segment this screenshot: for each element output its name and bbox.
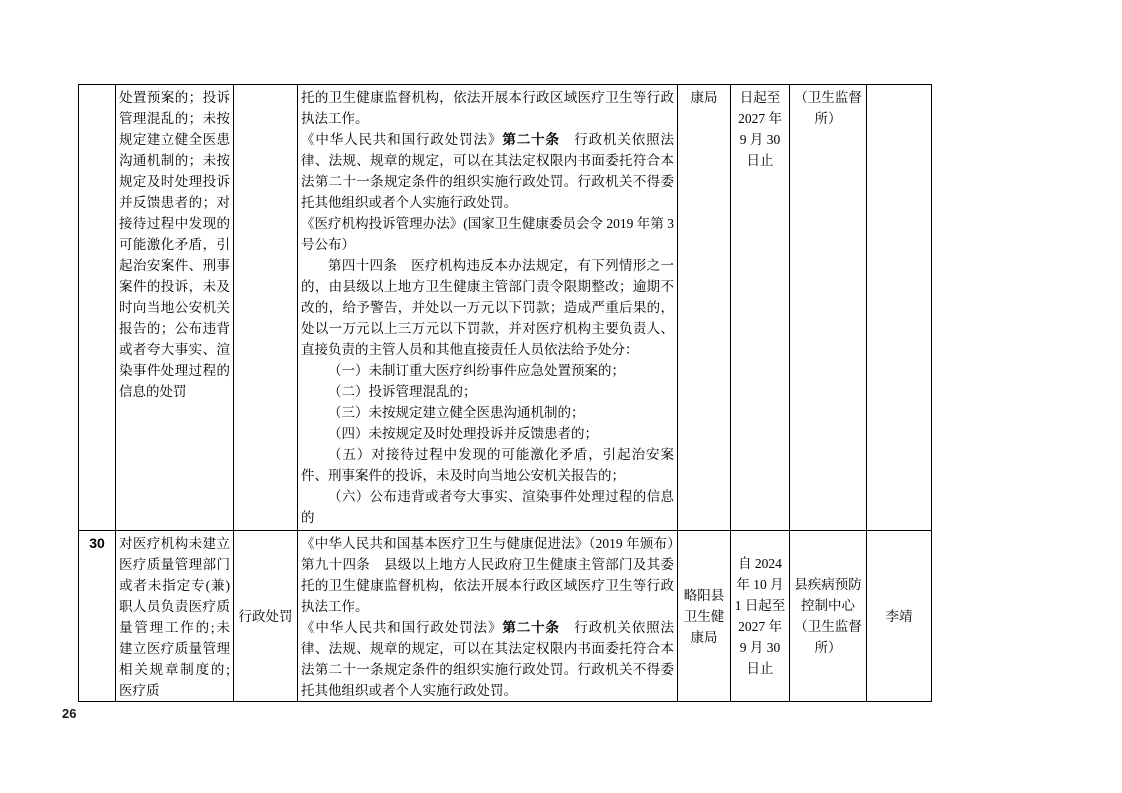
legal-paragraph: 托的卫生健康监督机构，依法开展本行政区域医疗卫生等行政执法工作。	[301, 87, 674, 129]
document-page: 处置预案的；投诉管理混乱的；未按规定建立健全医患沟通机制的；未按规定及时处理投诉…	[0, 0, 1122, 793]
legal-list-item: （二）投诉管理混乱的；	[301, 381, 674, 402]
penalty-type-cell	[234, 85, 298, 531]
law-title: 《中华人民共和国行政处罚法》	[301, 132, 502, 147]
legal-paragraph: 第四十四条 医疗机构违反本办法规定，有下列情形之一的，由县级以上地方卫生健康主管…	[301, 255, 674, 360]
penalty-type-cell: 行政处罚	[234, 531, 298, 701]
violation-description-cell: 处置预案的；投诉管理混乱的；未按规定建立健全医患沟通机制的；未按规定及时处理投诉…	[116, 85, 234, 531]
agency-cell: 略阳县卫生健康局	[678, 531, 731, 701]
seq-cell: 30	[79, 531, 116, 701]
violation-description-cell: 对医疗机构未建立医疗质量管理部门或者未指定专(兼)职人员负责医疗质量管理工作的;…	[116, 531, 234, 701]
article-number: 第二十条	[502, 620, 560, 635]
agency-cell: 康局	[678, 85, 731, 531]
violation-text: 处置预案的；投诉管理混乱的；未按规定建立健全医患沟通机制的；未按规定及时处理投诉…	[119, 87, 230, 402]
page-number: 26	[62, 706, 76, 721]
article-number: 第二十条	[502, 132, 560, 147]
legal-list-item: （五）对接待过程中发现的可能激化矛盾，引起治安案件、刑事案件的投诉，未及时向当地…	[301, 444, 674, 486]
legal-paragraph: 《医疗机构投诉管理办法》(国家卫生健康委员会令 2019 年第 3号公布）	[301, 213, 674, 255]
legal-list-item: （六）公布违背或者夸大事实、渲染事件处理过程的信息的	[301, 486, 674, 528]
implementing-org-cell: （卫生监督所）	[790, 85, 867, 531]
implementing-org-cell: 县疾病预防控制中心（卫生监督所）	[790, 531, 867, 701]
penalty-table: 处置预案的；投诉管理混乱的；未按规定建立健全医患沟通机制的；未按规定及时处理投诉…	[78, 84, 932, 702]
legal-paragraph: 《中华人民共和国行政处罚法》第二十条 行政机关依照法律、法规、规章的规定，可以在…	[301, 617, 674, 701]
violation-text: 对医疗机构未建立医疗质量管理部门或者未指定专(兼)职人员负责医疗质量管理工作的;…	[119, 533, 230, 701]
contact-person-cell	[867, 85, 931, 531]
legal-paragraph: 《中华人民共和国行政处罚法》第二十条 行政机关依照法律、法规、规章的规定，可以在…	[301, 129, 674, 213]
legal-paragraph: 《中华人民共和国基本医疗卫生与健康促进法》（2019 年颁布）第九十四条 县级以…	[301, 533, 674, 617]
legal-basis-cell: 托的卫生健康监督机构，依法开展本行政区域医疗卫生等行政执法工作。 《中华人民共和…	[298, 85, 678, 531]
legal-basis-cell: 《中华人民共和国基本医疗卫生与健康促进法》（2019 年颁布）第九十四条 县级以…	[298, 531, 678, 701]
validity-period-cell: 自 2024 年 10 月 1 日起至 2027 年 9 月 30 日止	[731, 531, 790, 701]
law-title: 《中华人民共和国行政处罚法》	[301, 620, 502, 635]
validity-period-cell: 日起至 2027 年 9 月 30 日止	[731, 85, 790, 531]
legal-list-item: （三）未按规定建立健全医患沟通机制的；	[301, 402, 674, 423]
legal-list-item: （四）未按规定及时处理投诉并反馈患者的；	[301, 423, 674, 444]
seq-cell	[79, 85, 116, 531]
contact-person-cell: 李靖	[867, 531, 931, 701]
legal-list-item: （一）未制订重大医疗纠纷事件应急处置预案的；	[301, 360, 674, 381]
